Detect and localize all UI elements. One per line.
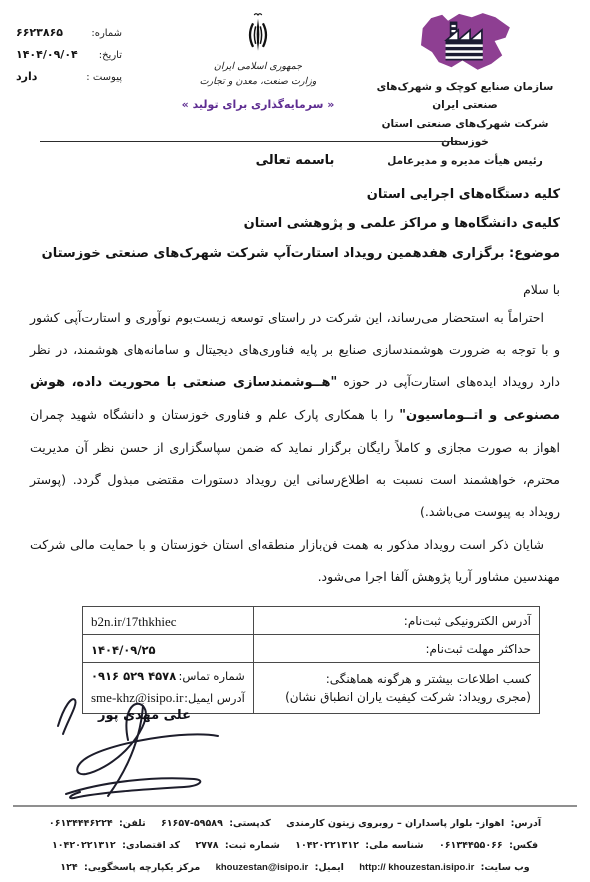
paragraph-1: احتراماً به استحضار می‌رساند، این شرکت د…: [30, 302, 560, 528]
header-divider: [40, 141, 460, 142]
recipient-line-1: کلیه دستگاه‌های اجرایی استان: [30, 180, 560, 209]
event-operator-label: (مجری رویداد: شرکت کیفیت یاران انطباق نش…: [262, 688, 531, 706]
year-slogan: « سرمایه‌گذاری برای تولید »: [168, 98, 348, 111]
letter-body: باسمه تعالی کلیه دستگاه‌های اجرایی استان…: [30, 153, 560, 714]
recipient-line-2: کلیه‌ی دانشگاه‌ها و مراکز علمی و پژوهشی …: [30, 209, 560, 238]
footer-line-3: وب سایت: http:// khouzestan.isipo.ir ایم…: [0, 859, 590, 877]
contact-info-label: کسب اطلاعات بیشتر و هرگونه هماهنگی:: [262, 670, 531, 688]
letter-attachment-label: پیوست :: [86, 72, 122, 83]
government-name: جمهوری اسلامی ایران: [168, 60, 348, 75]
letter-meta-block: شماره: ۶۶۲۳۸۶۵ تاریخ: ۱۴۰۴/۰۹/۰۴ پیوست :…: [16, 26, 122, 92]
signature-block: علی مهدی پور: [28, 686, 253, 806]
letter-date-value: ۱۴۰۴/۰۹/۰۴: [16, 48, 78, 61]
footer-address: آدرس: اهواز- بلوار پاسداران – روبروی زیت…: [286, 815, 541, 833]
ministry-name: وزارت صنعت، معدن و تجارت: [168, 75, 348, 90]
letter-attachment-row: پیوست : دارد: [16, 70, 122, 83]
org-name-national: سازمان صنایع کوچک و شهرک‌های صنعتی ایران: [358, 78, 572, 115]
letter-number-label: شماره:: [91, 28, 122, 39]
footer-registration-number: شماره ثبت: ۲۷۷۸: [195, 837, 279, 855]
subject-line: موضوع: برگزاری هفدهمین رویداد استارت‌آپ …: [30, 239, 560, 268]
letter-number-row: شماره: ۶۶۲۳۸۶۵: [16, 26, 122, 39]
footer-divider: [13, 805, 577, 807]
footer-economic-code: کد اقتصادی: ۱۰۴۲۰۲۲۱۳۱۲: [52, 837, 180, 855]
paragraph-1-text-continued: را با همکاری پارک علم و فناوری خوزستان و…: [30, 407, 560, 519]
footer-telephone: تلفن: ۰۶۱۳۴۴۴۶۲۲۴: [49, 815, 146, 833]
deadline-date-value: ۱۴۰۴/۰۹/۲۵: [91, 643, 156, 657]
footer-email: ایمیل: khouzestan@isipo.ir: [216, 859, 344, 877]
signatory-name: علی مهدی پور: [98, 708, 191, 723]
phone-label: شماره تماس:: [179, 667, 245, 687]
besmele-heading: باسمه تعالی: [30, 153, 560, 168]
registration-url-label: آدرس الکترونیکی ثبت‌نام:: [253, 607, 539, 635]
letter-date-label: تاریخ:: [99, 50, 122, 61]
table-row-registration-url: آدرس الکترونیکی ثبت‌نام: b2n.ir/17thkhie…: [83, 607, 540, 635]
salutation: با سلام: [30, 277, 560, 302]
iran-emblem-icon: [168, 10, 348, 58]
national-emblem-block: جمهوری اسلامی ایران وزارت صنعت، معدن و ت…: [168, 10, 348, 111]
footer-national-id: شناسه ملی: ۱۰۴۲۰۲۲۱۳۱۲: [295, 837, 423, 855]
footer-line-2: فکس: ۰۶۱۳۴۴۵۵۰۶۶ شناسه ملی: ۱۰۴۲۰۲۲۱۳۱۲ …: [0, 837, 590, 855]
phone-row: شماره تماس: ۰۹۱۶ ۵۲۹ ۴۵۷۸: [91, 667, 245, 687]
isipo-iran-map-logo-icon: [358, 8, 572, 74]
paragraph-2: شایان ذکر است رویداد مذکور به همت فن‌باز…: [30, 529, 560, 593]
registration-url-value: b2n.ir/17thkhiec: [91, 614, 177, 630]
org-name-provincial: شرکت شهرک‌های صنعتی استان خوزستان: [358, 115, 572, 152]
letter-attachment-value: دارد: [16, 70, 37, 83]
letter-date-row: تاریخ: ۱۴۰۴/۰۹/۰۴: [16, 48, 122, 61]
contact-info-label-cell: کسب اطلاعات بیشتر و هرگونه هماهنگی: (مجر…: [253, 663, 539, 714]
footer-contact-block: آدرس: اهواز- بلوار پاسداران – روبروی زیت…: [0, 815, 590, 881]
letter-number-value: ۶۶۲۳۸۶۵: [16, 26, 63, 39]
footer-line-1: آدرس: اهواز- بلوار پاسداران – روبروی زیت…: [0, 815, 590, 833]
footer-call-center: مرکز یکپارچه پاسخگویی: ۱۲۴: [60, 859, 200, 877]
deadline-label: حداکثر مهلت ثبت‌نام:: [253, 635, 539, 663]
phone-value: ۰۹۱۶ ۵۲۹ ۴۵۷۸: [91, 667, 176, 687]
footer-postal-code: کدپستی: ۶۱۶۵۷-۵۹۵۸۹: [161, 815, 271, 833]
organization-block: سازمان صنایع کوچک و شهرک‌های صنعتی ایران…: [358, 8, 572, 170]
footer-website: وب سایت: http:// khouzestan.isipo.ir: [359, 859, 529, 877]
official-letter-page: شماره: ۶۶۲۳۸۶۵ تاریخ: ۱۴۰۴/۰۹/۰۴ پیوست :…: [0, 0, 590, 882]
table-row-deadline: حداکثر مهلت ثبت‌نام: ۱۴۰۴/۰۹/۲۵: [83, 635, 540, 663]
footer-fax: فکس: ۰۶۱۳۴۴۵۵۰۶۶: [439, 837, 538, 855]
